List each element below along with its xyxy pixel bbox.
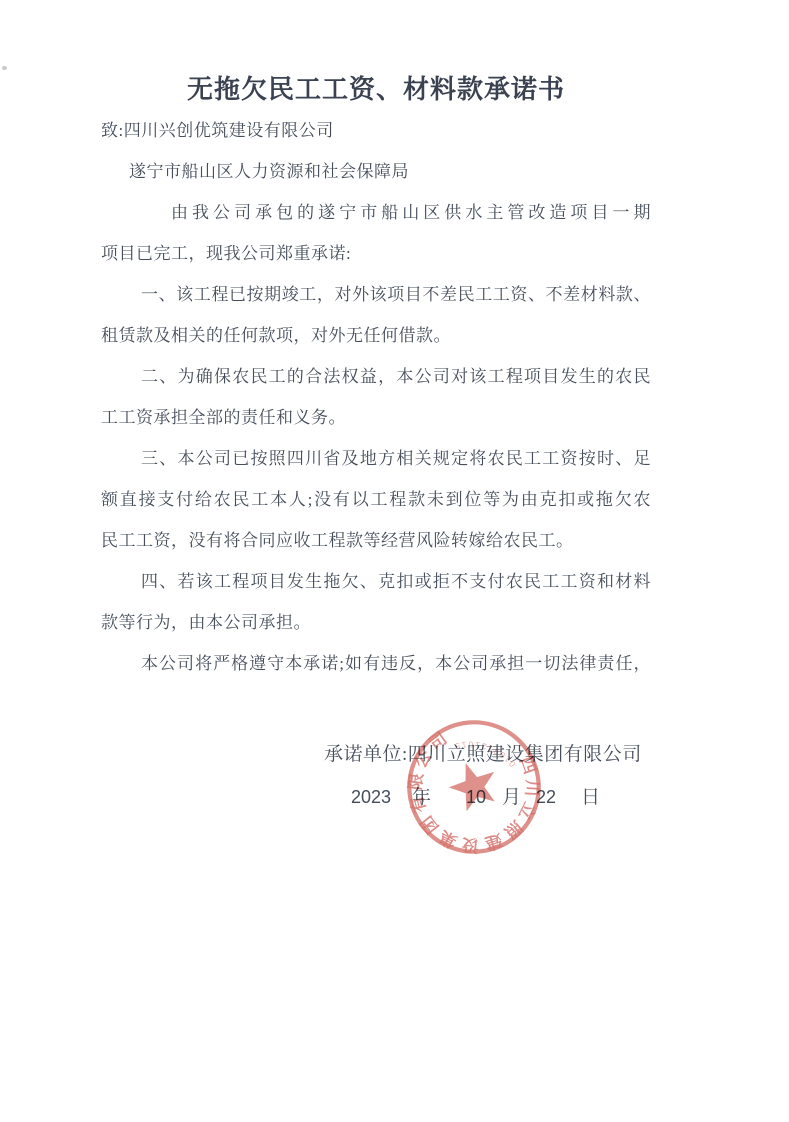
scan-speck bbox=[2, 66, 7, 70]
date-year: 2023 bbox=[351, 777, 391, 818]
date-month-label: 月 bbox=[502, 777, 521, 818]
body-line: 二、为确保农民工的合法权益，本公司对该工程项目发生的农民 bbox=[101, 356, 651, 397]
signature-unit-line: 承诺单位:四川立照建设集团有限公司 bbox=[101, 734, 651, 775]
body-line: 民工工资，没有将合同应收工程款等经营风险转嫁给农民工。 bbox=[101, 520, 651, 561]
body-line: 额直接支付给农民工本人;没有以工程款未到位等为由克扣或拖欠农 bbox=[101, 479, 651, 520]
recipient-line: 遂宁市船山区人力资源和社会保障局 bbox=[101, 151, 651, 192]
recipient-line: 致:四川兴创优筑建设有限公司 bbox=[101, 110, 651, 151]
date-year-label: 年 bbox=[412, 777, 431, 818]
date-day-label: 日 bbox=[581, 777, 600, 818]
body-line: 四、若该工程项目发生拖欠、克扣或拒不支付农民工工资和材料 bbox=[101, 561, 651, 602]
body-line: 本公司将严格遵守本承诺;如有违反，本公司承担一切法律责任， bbox=[101, 643, 651, 684]
letter-body: 致:四川兴创优筑建设有限公司 遂宁市船山区人力资源和社会保障局 由我公司承包的遂… bbox=[101, 110, 651, 684]
letter-content: 无拖欠民工工资、材料款承诺书 致:四川兴创优筑建设有限公司 遂宁市船山区人力资源… bbox=[101, 72, 651, 818]
document-title: 无拖欠民工工资、材料款承诺书 bbox=[101, 72, 651, 108]
body-line: 由我公司承包的遂宁市船山区供水主管改造项目一期 bbox=[101, 192, 651, 233]
body-line: 三、本公司已按照四川省及地方相关规定将农民工工资按时、足 bbox=[101, 438, 651, 479]
body-line: 一、该工程已按期竣工，对外该项目不差民工工资、不差材料款、 bbox=[101, 274, 651, 315]
body-line: 项目已完工，现我公司郑重承诺: bbox=[101, 233, 651, 274]
signature-date-line: 2023 年 10 月 22 日 bbox=[101, 777, 651, 818]
date-day: 22 bbox=[536, 777, 556, 818]
scanned-letter-page: 无拖欠民工工资、材料款承诺书 致:四川兴创优筑建设有限公司 遂宁市船山区人力资源… bbox=[0, 0, 789, 1122]
body-line: 租赁款及相关的任何款项，对外无任何借款。 bbox=[101, 315, 651, 356]
body-line: 工工资承担全部的责任和义务。 bbox=[101, 397, 651, 438]
body-line: 款等行为，由本公司承担。 bbox=[101, 602, 651, 643]
date-month: 10 bbox=[466, 777, 486, 818]
